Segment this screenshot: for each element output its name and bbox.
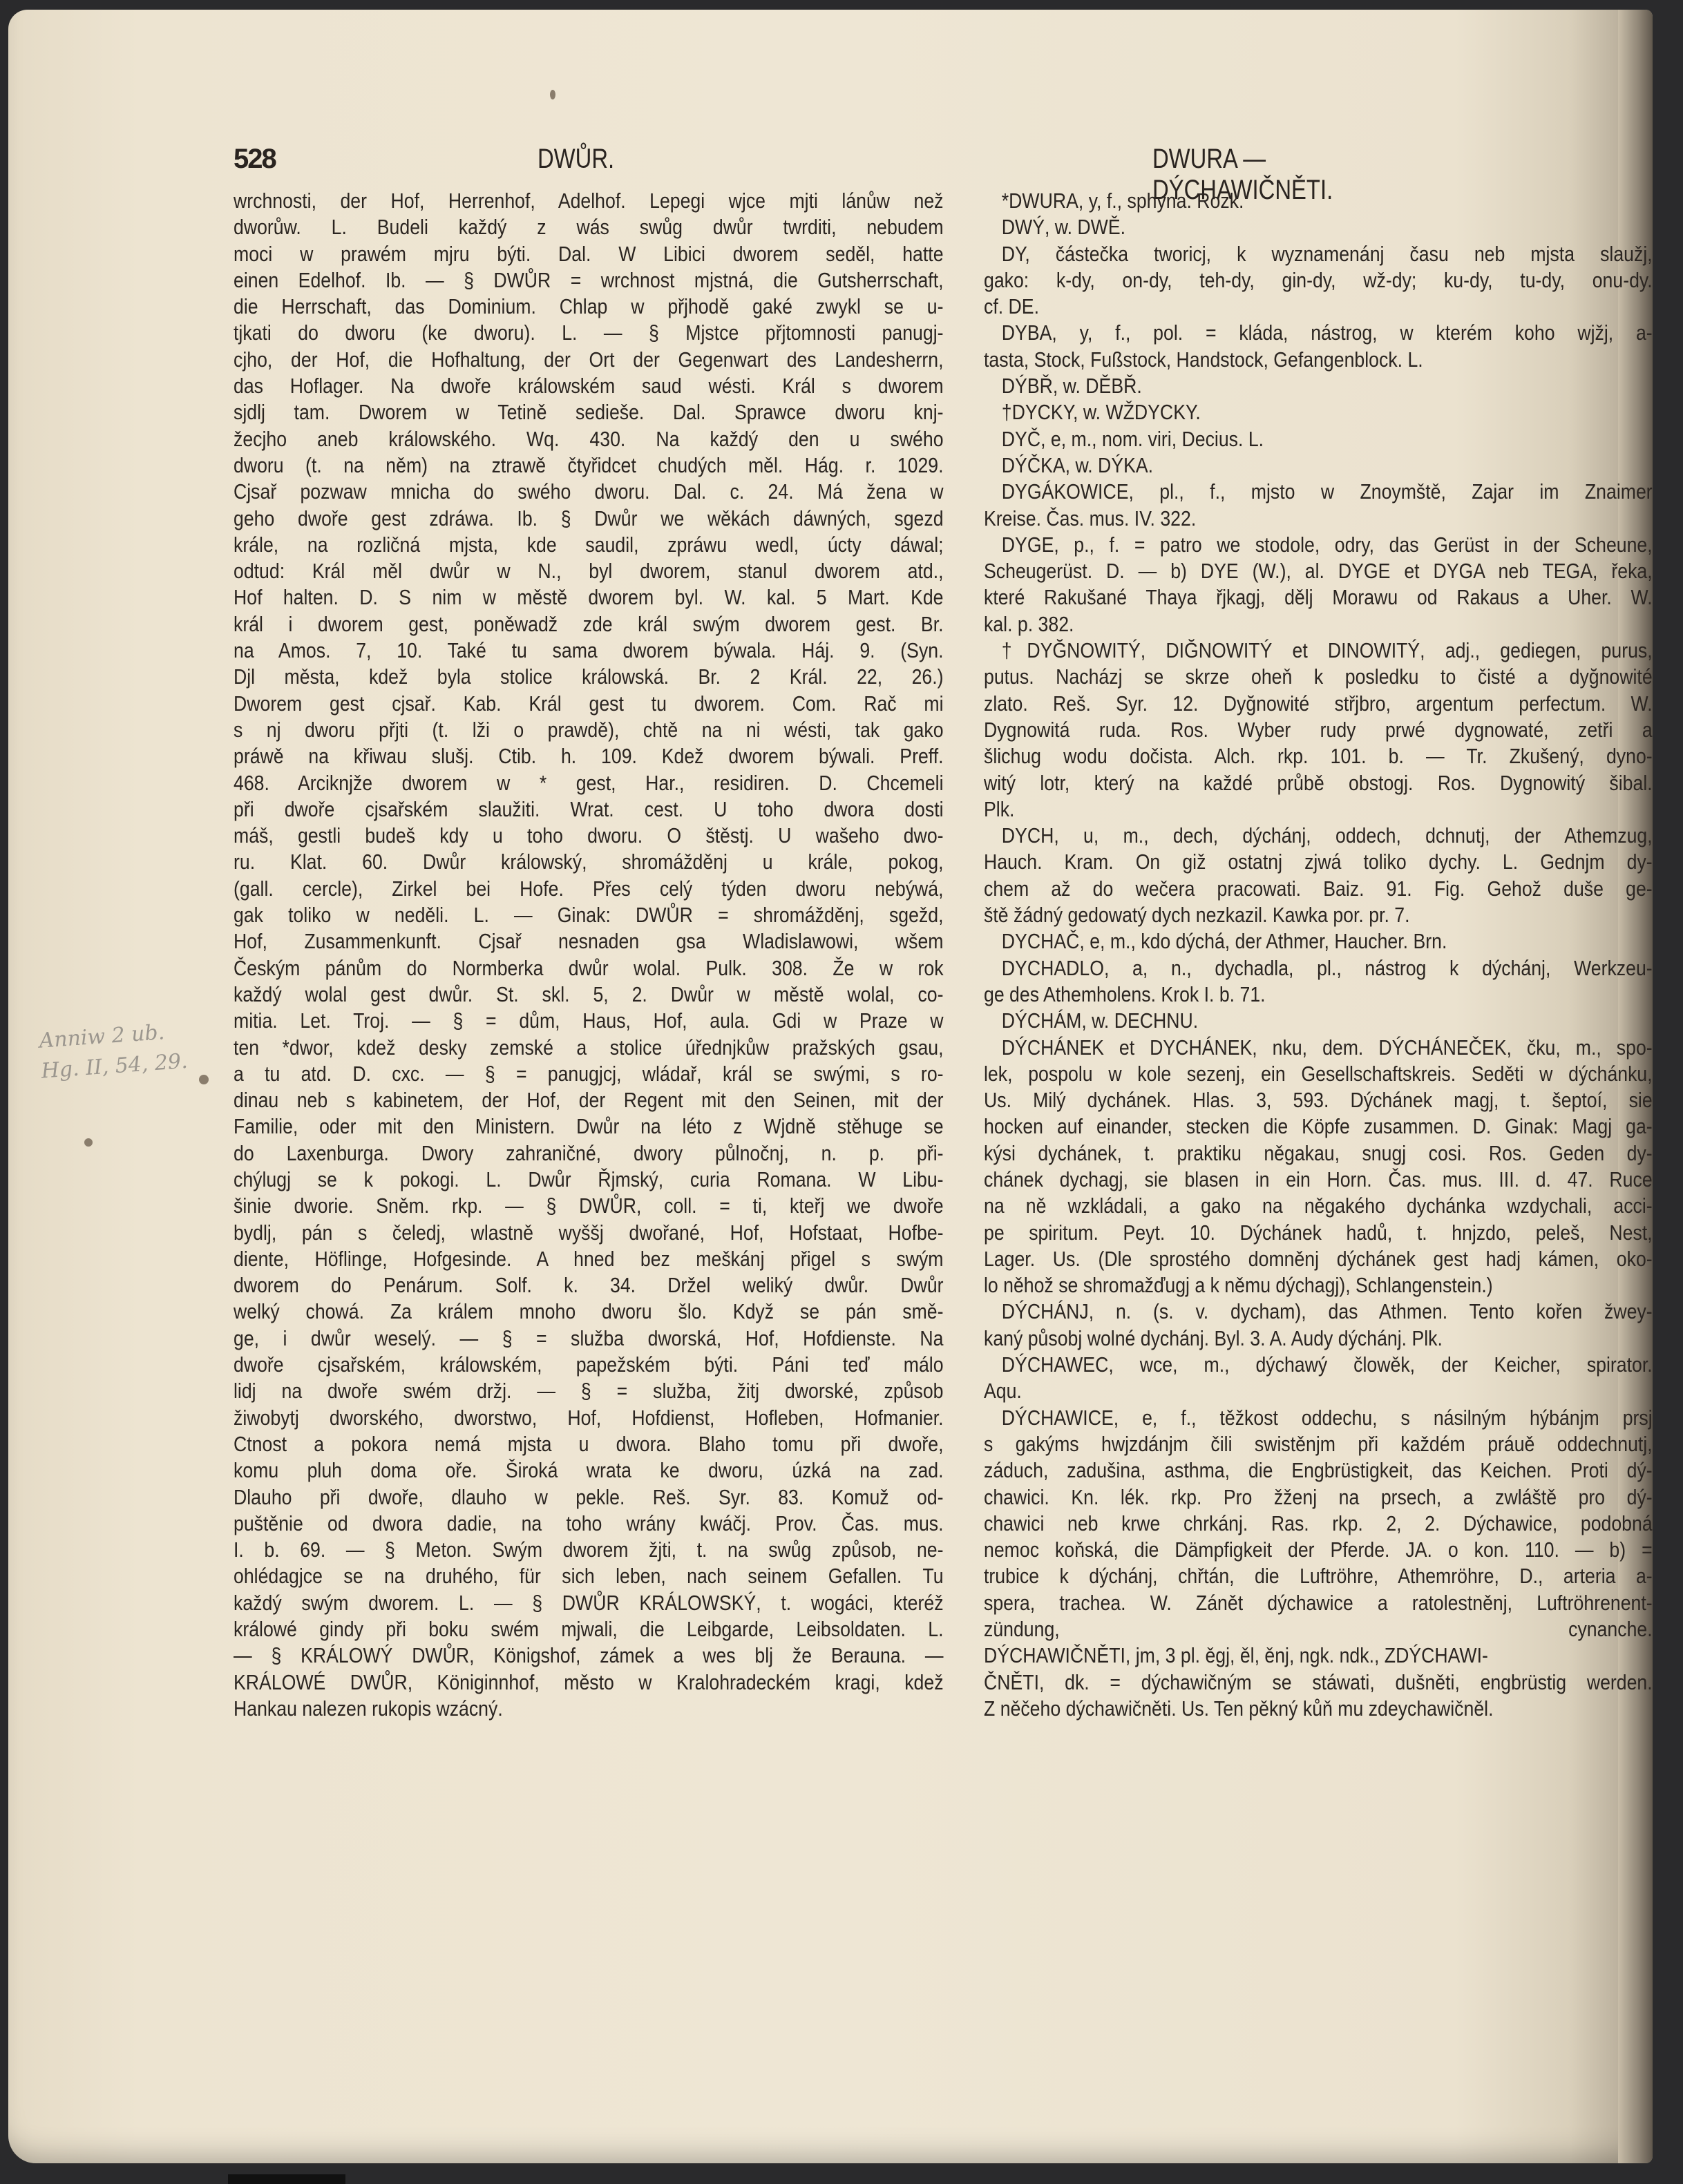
text-line: zündung, cynanche.	[984, 1616, 1653, 1642]
text-line: gak toliko w neděli. L. — Ginak: DWŮR = …	[234, 902, 944, 928]
text-line: kýsi dychánek, t. praktiku něgakau, snug…	[984, 1140, 1653, 1167]
text-line: dworu (t. na něm) na ztrawě čtyřidcet ch…	[234, 452, 944, 479]
text-line: ru. Klat. 60. Dwůr králowský, shromážděn…	[234, 849, 944, 875]
page-number: 528	[234, 144, 276, 175]
right-column-entries: *DWURA, y, f., sphyna. Rozk.DWÝ, w. DWĚ.…	[984, 188, 1654, 1722]
text-line: Dygnowitá ruda. Ros. Wyber rudy prwé dyg…	[984, 717, 1653, 743]
text-line: na Amos. 7, 10. Také tu sama dworem býwa…	[234, 638, 944, 664]
text-line: a tu atd. D. cxc. — § = panugjcj, wládař…	[234, 1061, 944, 1087]
ink-spot	[84, 1138, 93, 1147]
text-line: cf. DE.	[984, 294, 1653, 320]
text-line: nemoc koňská, die Dämpfigkeit der Pferde…	[984, 1537, 1653, 1563]
text-line: witý lotr, který na každé průbě obstogj.…	[984, 770, 1653, 796]
text-line: šinie dworie. Sněm. rkp. — § DWŮR, coll.…	[234, 1193, 944, 1219]
text-line: wrchnosti, der Hof, Herrenhof, Adelhof. …	[234, 188, 944, 214]
text-line: DYČ, e, m., nom. viri, Decius. L.	[984, 426, 1653, 452]
text-line: Hankau nalezen rukopis wzácný.	[234, 1696, 944, 1722]
text-line: chawici. Kn. lék. rkp. Pro žženj na prse…	[984, 1484, 1653, 1511]
ink-spot	[199, 1075, 209, 1084]
text-line: žiwobytj dworského, dworstwo, Hof, Hofdi…	[234, 1405, 944, 1431]
text-line: DÝBŘ, w. DĚBŘ.	[984, 373, 1653, 399]
text-line: dwoře cjsařském, králowském, papežském b…	[234, 1352, 944, 1378]
text-line: práwě na křiwau slušj. Ctib. h. 109. Kde…	[234, 743, 944, 769]
text-line: každý wolal gest dwůr. St. skl. 5, 2. Dw…	[234, 981, 944, 1008]
text-line: Ctnost a pokora nemá mjsta u dwora. Blah…	[234, 1431, 944, 1457]
text-line: cjho, der Hof, die Hofhaltung, der Ort d…	[234, 347, 944, 373]
text-line: KRÁLOWÉ DWŮR, Königinnhof, město w Kralo…	[234, 1669, 944, 1696]
text-line: ště žádný gedowatý dych nezkazil. Kawka …	[984, 902, 1653, 928]
text-line: každý swým dworem. L. — § DWŮR KRÁLOWSKÝ…	[234, 1590, 944, 1616]
text-line: král i dworem gest, poněwadž zde král sw…	[234, 611, 944, 638]
text-line: 468. Arciknjže dworem w * gest, Har., re…	[234, 770, 944, 796]
running-head-left: DWŮR.	[538, 144, 614, 175]
text-line: chánek dychagj, sie blasen in ein Horn. …	[984, 1167, 1653, 1193]
text-line: Plk.	[984, 796, 1653, 823]
text-line: DYBA, y, f., pol. = kláda, nástrog, w kt…	[984, 320, 1653, 346]
text-line: welký chowá. Za králem mnoho dworu šlo. …	[234, 1299, 944, 1325]
text-line: na ně wzkládali, a gako na něgakého dych…	[984, 1193, 1653, 1219]
text-line: Dworem gest cjsař. Kab. Král gest tu dwo…	[234, 691, 944, 717]
text-line: trubice k dýchánj, chřtán, die Luftröhre…	[984, 1563, 1653, 1589]
text-line: sjdlj tam. Dworem w Tetině sedieše. Dal.…	[234, 399, 944, 425]
text-line: die Herrschaft, das Dominium. Chlap w př…	[234, 294, 944, 320]
text-line: ČNĚTI, dk. = dýchawičným se stáwati, duš…	[984, 1669, 1653, 1696]
text-line: Djl města, kdež byla stolice králowská. …	[234, 664, 944, 690]
text-line: DYCH, u, m., dech, dýchánj, oddech, dchn…	[984, 823, 1653, 849]
text-line: DYCHAČ, e, m., kdo dýchá, der Athmer, Ha…	[984, 928, 1653, 955]
text-line: ge des Athemholens. Krok I. b. 71.	[984, 981, 1653, 1008]
text-line: kal. p. 382.	[984, 611, 1653, 638]
text-line: putus. Nacházj se skrze oheň k posledku …	[984, 664, 1653, 690]
text-line: — § KRÁLOWÝ DWŮR, Königshof, zámek a wes…	[234, 1642, 944, 1669]
text-line: žecjho aneb králowského. Wq. 430. Na kaž…	[234, 426, 944, 452]
text-line: lek, pospolu w kole sezenj, ein Gesellsc…	[984, 1061, 1653, 1087]
text-line: Lager. Us. (Dle sprostého domněnj dýchán…	[984, 1246, 1653, 1272]
text-line: dinau neb s kabinetem, der Hof, der Rege…	[234, 1087, 944, 1113]
text-line: bydlj, pán s čeledj, wlastně wyššj dwořa…	[234, 1220, 944, 1246]
text-line: DÝCHÁNJ, n. (s. v. dycham), das Athmen. …	[984, 1299, 1653, 1325]
text-line: †DYCKY, w. WŽDYCKY.	[984, 399, 1653, 425]
scanner-clip	[228, 2174, 345, 2184]
text-line: gako: k-dy, on-dy, teh-dy, gin-dy, wž-dy…	[984, 267, 1653, 294]
text-line: Dlauho při dwoře, dlauho w pekle. Reš. S…	[234, 1484, 944, 1511]
left-column-entries: wrchnosti, der Hof, Herrenhof, Adelhof. …	[234, 188, 945, 1722]
text-line: Kreise. Čas. mus. IV. 322.	[984, 506, 1653, 532]
text-line: dworem do Penárum. Solf. k. 34. Držel we…	[234, 1272, 944, 1299]
text-line: které Rakušané Thaya řjkagj, dělj Morawu…	[984, 584, 1653, 611]
text-line: Scheugerüst. D. — b) DYE (W.), al. DYGE …	[984, 558, 1653, 584]
text-line: DYGE, p., f. = patro we stodole, odry, d…	[984, 532, 1653, 558]
text-line: Cjsař pozwaw mnicha do swého dworu. Dal.…	[234, 479, 944, 505]
text-line: Familie, oder mit den Ministern. Dwůr na…	[234, 1113, 944, 1140]
text-line: spera, trachea. W. Zánět dýchawice a rat…	[984, 1590, 1653, 1616]
text-line: DÝCHÁM, w. DECHNU.	[984, 1008, 1653, 1034]
text-line: moci w prawém mjru býti. Dal. W Libici d…	[234, 241, 944, 267]
text-line: diente, Höflinge, Hofgesinde. A hned bez…	[234, 1246, 944, 1272]
text-line: do Laxenburga. Dwory zahraničné, dwory p…	[234, 1140, 944, 1167]
text-line: Hof, Zusammenkunft. Cjsař nesnaden gsa W…	[234, 928, 944, 955]
text-line: chawici neb krwe chrkánj. Ras. rkp. 2, 2…	[984, 1511, 1653, 1537]
text-line: Us. Milý dychánek. Hlas. 3, 593. Dýcháne…	[984, 1087, 1653, 1113]
text-line: šlichug wodu dočista. Alch. rkp. 101. b.…	[984, 743, 1653, 769]
handwritten-margin-note: Anniw 2 ub. Hg. II, 54, 29.	[38, 1015, 194, 1086]
text-line: Českým pánům do Normberka dwůr wolal. Pu…	[234, 955, 944, 981]
text-line: tjkati do dworu (ke dworu). L. — § Mjstc…	[234, 320, 944, 346]
text-line: Aqu.	[984, 1378, 1653, 1404]
text-line: krále, na rozličná mjsta, kde saudil, zp…	[234, 532, 944, 558]
text-line: s gakýms hwjzdánjm čili swistěnjm při ka…	[984, 1431, 1653, 1457]
text-line: dworůw. L. Budeli každý z wás swůg dwůr …	[234, 214, 944, 240]
text-line: *DWURA, y, f., sphyna. Rozk.	[984, 188, 1653, 214]
text-line: s nj dworu přjti (t. lži o prawdě), chtě…	[234, 717, 944, 743]
text-line: †DYĞNOWITÝ, DIĞNOWITÝ et DINOWITÝ, adj.,…	[984, 638, 1653, 664]
text-line: ten *dwor, kdež desky zemské a stolice ú…	[234, 1035, 944, 1061]
text-line: DÝCHÁNEK et DYCHÁNEK, nku, dem. DÝCHÁNEČ…	[984, 1035, 1653, 1061]
text-line: tasta, Stock, Fußstock, Handstock, Gefan…	[984, 347, 1653, 373]
text-line: das Hoflager. Na dwoře králowském saud w…	[234, 373, 944, 399]
text-line: puštěnie od dwora dadie, na toho wrány k…	[234, 1511, 944, 1537]
text-line: komu pluh doma oře. Široká wrata ke dwor…	[234, 1457, 944, 1484]
text-line: odtud: Král měl dwůr w N., byl dworem, s…	[234, 558, 944, 584]
text-line: I. b. 69. — § Meton. Swým dworem žjti, t…	[234, 1537, 944, 1563]
text-line: Z něčeho dýchawičněti. Us. Ten pěkný kůň…	[984, 1696, 1653, 1722]
page-header: 528 DWŮR. DWURA — DÝCHAWIČNĚTI.	[234, 144, 1498, 185]
text-line: zlato. Reš. Syr. 12. Dyğnowité střjbro, …	[984, 691, 1653, 717]
text-line: DYCHADLO, a, n., dychadla, pl., nástrog …	[984, 955, 1653, 981]
text-line: při dwoře cjsařském slaužiti. Wrat. cest…	[234, 796, 944, 823]
text-line: chýlugj se k pokogi. L. Dwůr Řjmský, cur…	[234, 1167, 944, 1193]
ink-spot	[550, 90, 555, 99]
text-line: chem až do wečera pracowati. Baiz. 91. F…	[984, 876, 1653, 902]
text-line: DÝCHAWEC, wce, m., dýchawý člowěk, der K…	[984, 1352, 1653, 1378]
text-line: Hauch. Kram. On giž ostatnj zjwá toliko …	[984, 849, 1653, 875]
text-line: záduch, zadušina, asthma, die Engbrüstig…	[984, 1457, 1653, 1484]
text-line: králowé gindy při boku swém mjwali, die …	[234, 1616, 944, 1642]
text-line: (gall. cercle), Zirkel bei Hofe. Přes ce…	[234, 876, 944, 902]
text-line: DY, částečka tworicj, k wyznamenánj času…	[984, 241, 1653, 267]
text-line: geho dwoře gest zdráwa. Ib. § Dwůr we wě…	[234, 506, 944, 532]
text-line: ge, i dwůr weselý. — § = služba dworská,…	[234, 1325, 944, 1352]
text-line: mitia. Let. Troj. — § = dům, Haus, Hof, …	[234, 1008, 944, 1034]
text-line: hocken auf einander, stecken die Köpfe z…	[984, 1113, 1653, 1140]
text-line: DÝČKA, w. DÝKA.	[984, 452, 1653, 479]
text-line: DÝCHAWIČNĚTI, jm, 3 pl. ěgj, ěl, ěnj, ng…	[984, 1642, 1653, 1669]
text-line: DYGÁKOWICE, pl., f., mjsto w Znoymště, Z…	[984, 479, 1653, 505]
text-line: DWÝ, w. DWĚ.	[984, 214, 1653, 240]
text-line: Hof halten. D. S nim w městě dworem byl.…	[234, 584, 944, 611]
text-line: ohlédagjce se na druhého, für sich leben…	[234, 1563, 944, 1589]
text-line: máš, gestli budeš kdy u toho dworu. O št…	[234, 823, 944, 849]
text-line: DÝCHAWICE, e, f., těžkost oddechu, s nás…	[984, 1405, 1653, 1431]
text-line: lo něhož se shromažďugj a k němu dýchagj…	[984, 1272, 1653, 1299]
text-line: kaný působj wolné dychánj. Byl. 3. A. Au…	[984, 1325, 1653, 1352]
text-line: lidj na dwoře swém držj. — § = služba, ž…	[234, 1378, 944, 1404]
text-line: pe spiritum. Peyt. 10. Dýchánek hadů, t.…	[984, 1220, 1653, 1246]
text-line: einen Edelhof. Ib. — § DWŮR = wrchnost m…	[234, 267, 944, 294]
